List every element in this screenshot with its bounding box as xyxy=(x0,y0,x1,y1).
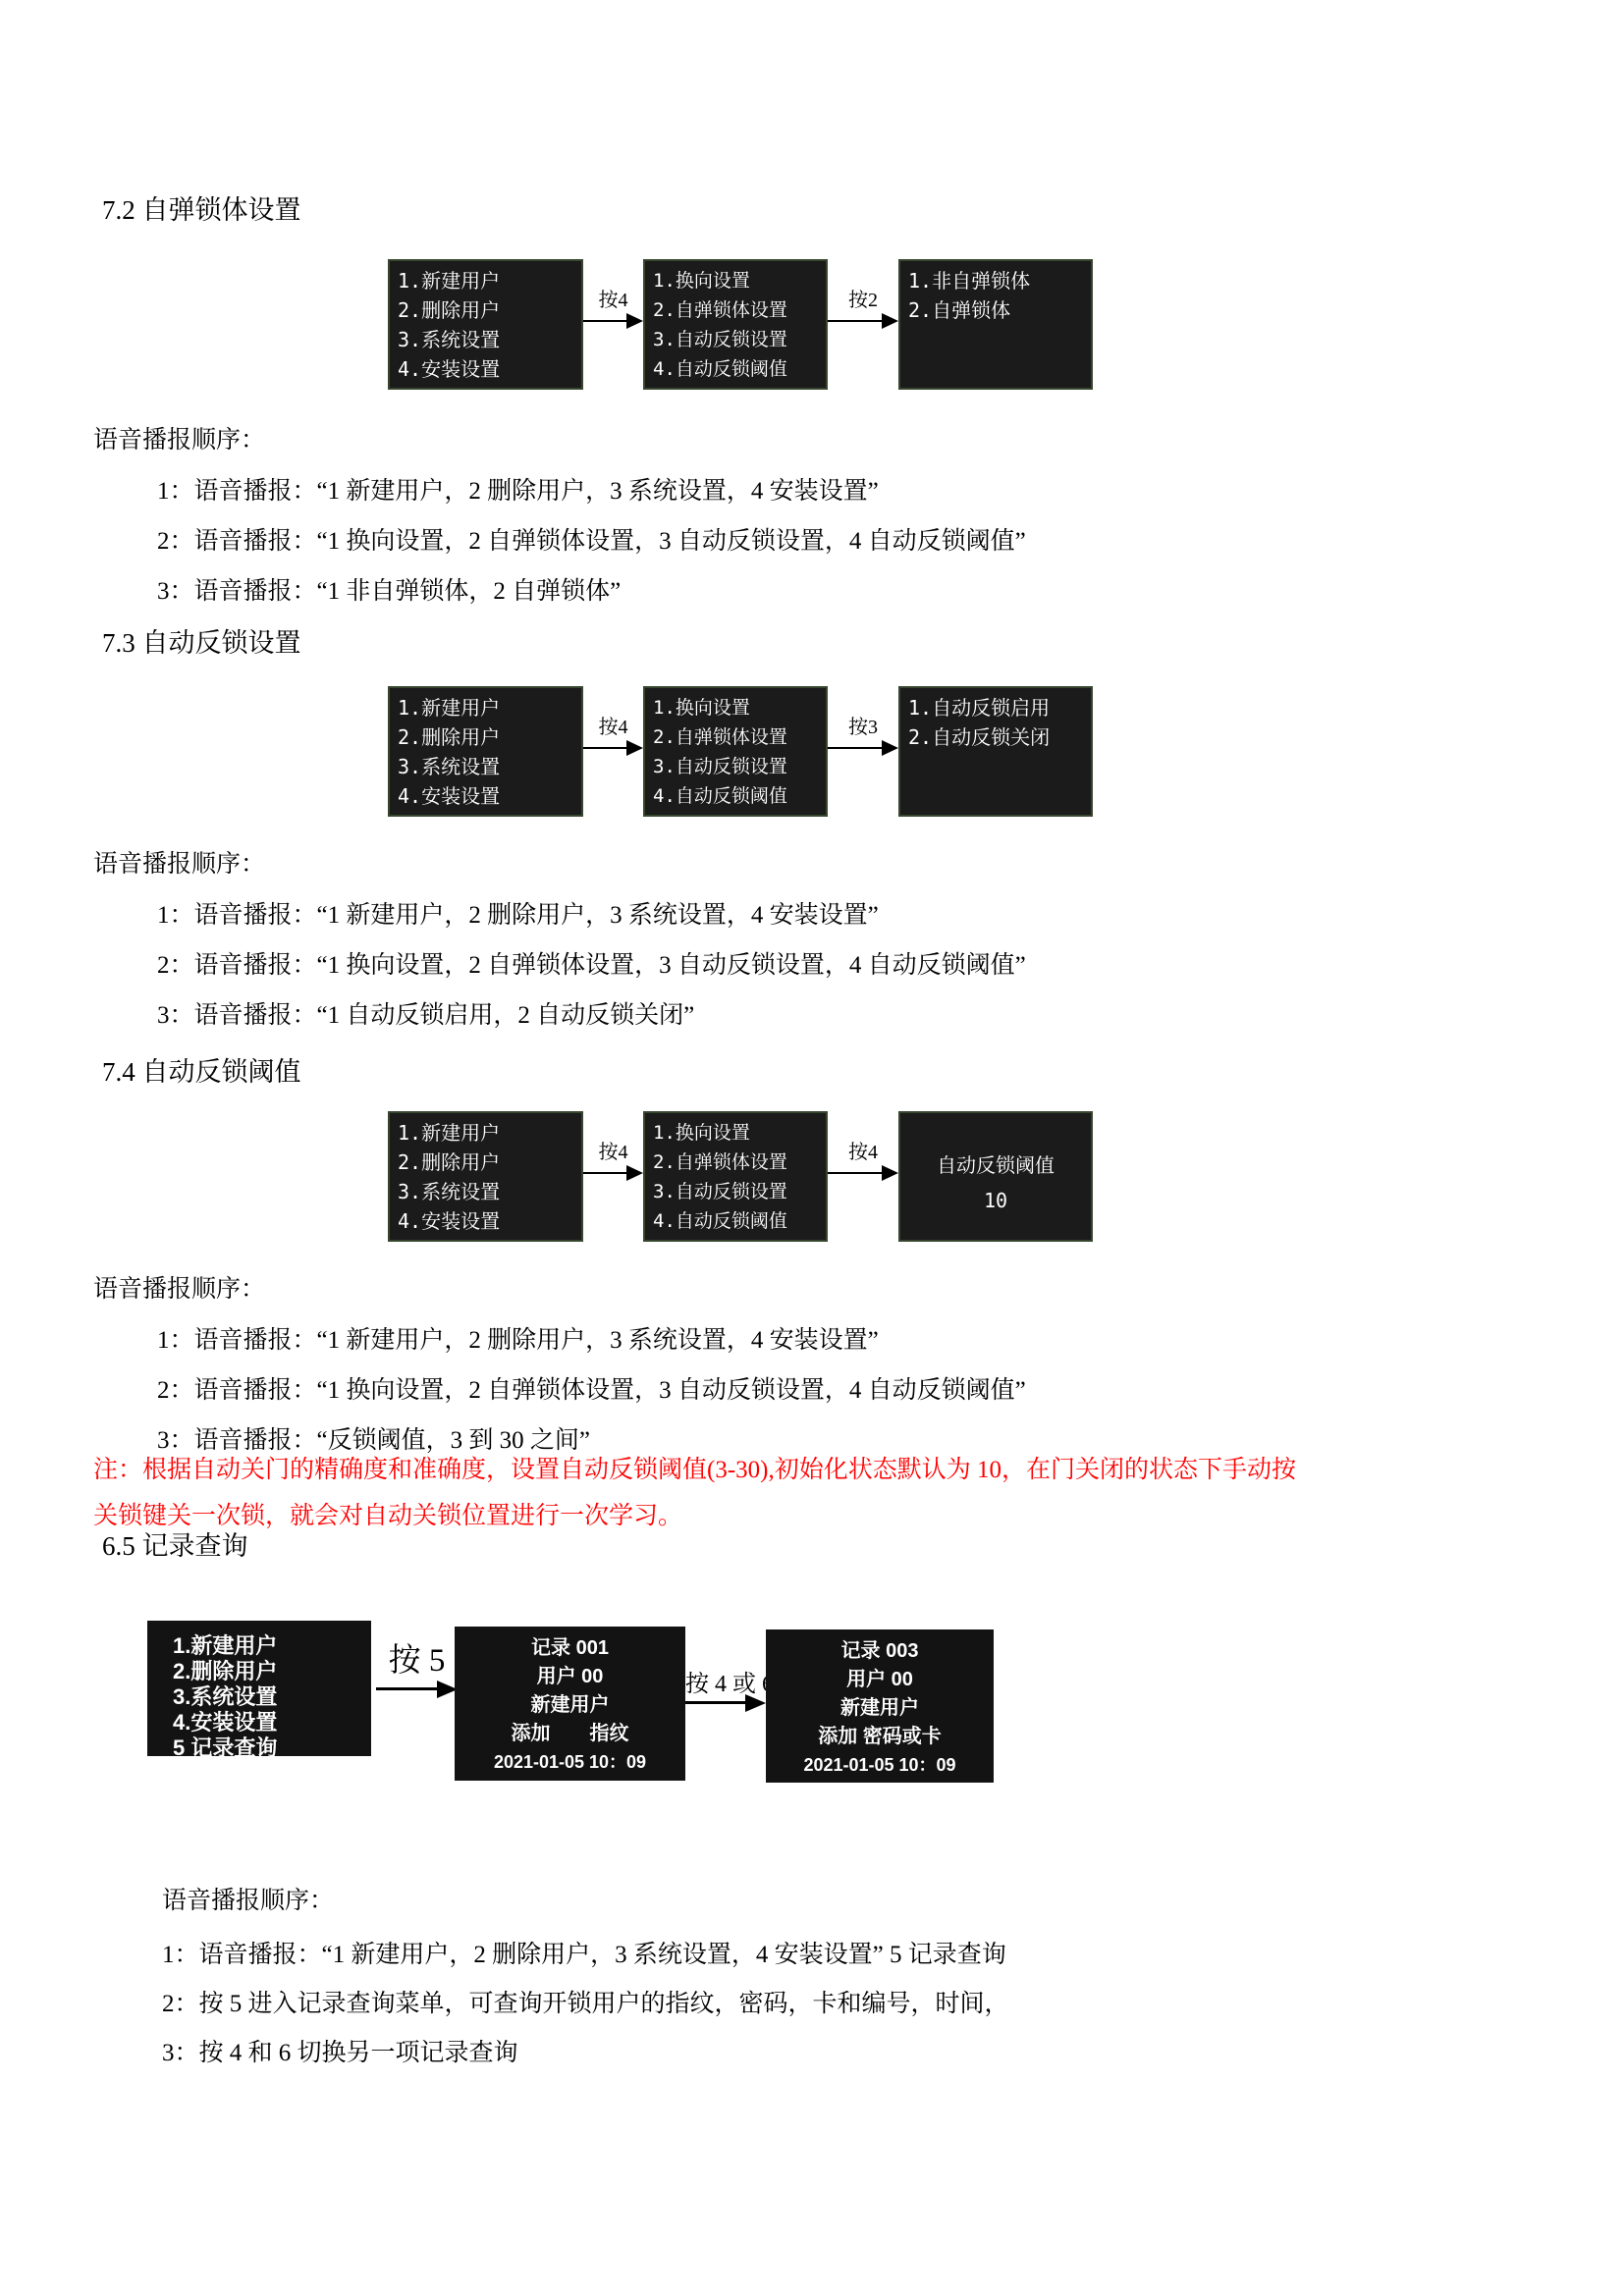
voice-item: 1：语音播报：“1 新建用户，2 删除用户，3 系统设置，4 安装设置” 5 记… xyxy=(162,1935,1006,1970)
arrow-shaft xyxy=(583,1172,629,1174)
voice-heading: 语音播报顺序： xyxy=(93,1269,265,1305)
menu-line: 2.自弹锁体 xyxy=(908,295,1091,325)
manual-page: 7.2 自弹锁体设置 1.新建用户 2.删除用户 3.系统设置 4.安装设置 按… xyxy=(0,0,1624,2296)
menu-line: 3.自动反锁设置 xyxy=(653,1177,826,1206)
arrow-right-icon xyxy=(626,313,643,329)
voice-heading: 语音播报顺序： xyxy=(162,1881,334,1916)
arrow-press-3: 按3 xyxy=(828,740,898,756)
menu-line: 1.新建用户 xyxy=(398,266,581,295)
section-title-6-5: 6.5 记录查询 xyxy=(102,1524,248,1563)
record-line: 用户 00 xyxy=(766,1666,994,1694)
arrow-shaft xyxy=(828,320,885,322)
flow-diagram-7-3: 1.新建用户 2.删除用户 3.系统设置 4.安装设置 按4 1.换向设置 2.… xyxy=(388,686,1097,817)
menu-line: 4.自动反锁阈值 xyxy=(653,1206,826,1236)
arrow-right-icon xyxy=(882,740,898,756)
arrow-right-icon xyxy=(882,313,898,329)
arrow-press-4: 按4 xyxy=(828,1165,898,1181)
arrow-shaft xyxy=(376,1687,440,1690)
threshold-value: 10 xyxy=(900,1186,1091,1215)
voice-heading: 语音播报顺序： xyxy=(93,420,265,455)
voice-item: 3：语音播报：“1 自动反锁启用，2 自动反锁关闭” xyxy=(157,995,694,1031)
flow-diagram-7-4: 1.新建用户 2.删除用户 3.系统设置 4.安装设置 按4 1.换向设置 2.… xyxy=(388,1111,1097,1242)
arrow-label: 按4 xyxy=(583,284,643,312)
menu-line: 3.系统设置 xyxy=(398,752,581,781)
menu-line: 2.删除用户 xyxy=(398,295,581,325)
arrow-press-2: 按2 xyxy=(828,313,898,329)
record-timestamp: 2021-01-05 10：09 xyxy=(766,1751,994,1780)
arrow-press-5: 按 5 xyxy=(376,1681,458,1698)
menu-line: 3.自动反锁设置 xyxy=(653,325,826,354)
menu-line: 2.自弹锁体设置 xyxy=(653,722,826,752)
arrow-press-4: 按4 xyxy=(583,1165,643,1181)
record-line: 用户 00 xyxy=(455,1663,685,1691)
menu-line: 1.换向设置 xyxy=(653,1118,826,1148)
arrow-label: 按3 xyxy=(828,711,898,739)
arrow-press-4: 按4 xyxy=(583,740,643,756)
menu-line: 1.新建用户 xyxy=(173,1633,371,1659)
lcd-screen-main-menu: 1.新建用户 2.删除用户 3.系统设置 4.安装设置 xyxy=(388,259,583,390)
menu-line: 1.新建用户 xyxy=(398,1118,581,1148)
menu-line: 4.安装设置 xyxy=(173,1710,371,1735)
note-line: 注：根据自动关门的精确度和准确度，设置自动反锁阈值(3-30),初始化状态默认为… xyxy=(93,1447,1296,1493)
lcd-screen-bounce-options: 1.非自弹锁体 2.自弹锁体 xyxy=(898,259,1093,390)
menu-line: 3.自动反锁设置 xyxy=(653,752,826,781)
arrow-label: 按2 xyxy=(828,284,898,312)
menu-line: 1.换向设置 xyxy=(653,693,826,722)
arrow-right-icon xyxy=(882,1165,898,1181)
lcd-screen-record-001: 记录 001 用户 00 新建用户 添加 指纹 2021-01-05 10：09 xyxy=(455,1627,685,1781)
record-line: 添加 指纹 xyxy=(455,1720,685,1748)
menu-line: 2.删除用户 xyxy=(173,1659,371,1684)
flow-diagram-7-2: 1.新建用户 2.删除用户 3.系统设置 4.安装设置 按4 1.换向设置 2.… xyxy=(388,259,1097,390)
lcd-screen-main-menu-5: 1.新建用户 2.删除用户 3.系统设置 4.安装设置 5 记录查询 xyxy=(147,1621,371,1756)
section-title-7-3: 7.3 自动反锁设置 xyxy=(102,621,301,660)
voice-item: 1：语音播报：“1 新建用户，2 删除用户，3 系统设置，4 安装设置” xyxy=(157,895,879,931)
threshold-label: 自动反锁阈值 xyxy=(900,1150,1091,1180)
menu-line: 1.非自弹锁体 xyxy=(908,266,1091,295)
arrow-shaft xyxy=(828,747,885,749)
lcd-screen-main-menu: 1.新建用户 2.删除用户 3.系统设置 4.安装设置 xyxy=(388,686,583,817)
voice-item: 3：语音播报：“1 非自弹锁体，2 自弹锁体” xyxy=(157,571,621,607)
record-line: 记录 003 xyxy=(766,1637,994,1666)
section-title-7-4: 7.4 自动反锁阈值 xyxy=(102,1050,301,1089)
flow-diagram-6-5: 1.新建用户 2.删除用户 3.系统设置 4.安装设置 5 记录查询 按 5 记… xyxy=(147,1621,1003,1788)
menu-line: 1.换向设置 xyxy=(653,266,826,295)
record-line: 记录 001 xyxy=(455,1634,685,1663)
menu-line: 2.删除用户 xyxy=(398,1148,581,1177)
menu-line: 2.自弹锁体设置 xyxy=(653,1148,826,1177)
record-line: 新建用户 xyxy=(455,1691,685,1720)
voice-item: 3：按 4 和 6 切换另一项记录查询 xyxy=(162,2033,518,2068)
voice-item: 2：语音播报：“1 换向设置，2 自弹锁体设置，3 自动反锁设置，4 自动反锁阈… xyxy=(157,521,1026,557)
menu-line: 4.安装设置 xyxy=(398,1206,581,1236)
menu-line: 4.自动反锁阈值 xyxy=(653,354,826,384)
menu-line: 5 记录查询 xyxy=(173,1735,371,1761)
menu-line: 4.自动反锁阈值 xyxy=(653,781,826,811)
arrow-label: 按4 xyxy=(583,1136,643,1164)
voice-item: 1：语音播报：“1 新建用户，2 删除用户，3 系统设置，4 安装设置” xyxy=(157,471,879,507)
arrow-label: 按4 xyxy=(828,1136,898,1164)
lcd-screen-install-menu: 1.换向设置 2.自弹锁体设置 3.自动反锁设置 4.自动反锁阈值 xyxy=(643,1111,828,1242)
lcd-screen-record-003: 记录 003 用户 00 新建用户 添加 密码或卡 2021-01-05 10：… xyxy=(766,1629,994,1783)
arrow-shaft xyxy=(583,320,629,322)
menu-line: 3.系统设置 xyxy=(398,325,581,354)
voice-item: 2：按 5 进入记录查询菜单，可查询开锁用户的指纹，密码，卡和编号，时间， xyxy=(162,1984,1009,2019)
arrow-shaft xyxy=(828,1172,885,1174)
menu-line: 4.安装设置 xyxy=(398,354,581,384)
arrow-press-4: 按4 xyxy=(583,313,643,329)
menu-line: 2.自动反锁关闭 xyxy=(908,722,1091,752)
menu-line: 3.系统设置 xyxy=(173,1684,371,1710)
lcd-screen-main-menu: 1.新建用户 2.删除用户 3.系统设置 4.安装设置 xyxy=(388,1111,583,1242)
menu-line: 3.系统设置 xyxy=(398,1177,581,1206)
voice-item: 1：语音播报：“1 新建用户，2 删除用户，3 系统设置，4 安装设置” xyxy=(157,1320,879,1356)
arrow-press-4-or-6: 按 4 或 6 xyxy=(685,1694,766,1712)
lcd-screen-threshold: 自动反锁阈值 10 xyxy=(898,1111,1093,1242)
arrow-right-icon xyxy=(626,1165,643,1181)
arrow-label: 按 5 xyxy=(376,1634,458,1681)
section-title-7-2: 7.2 自弹锁体设置 xyxy=(102,188,301,227)
arrow-shaft xyxy=(583,747,629,749)
arrow-right-icon xyxy=(626,740,643,756)
lcd-screen-install-menu: 1.换向设置 2.自弹锁体设置 3.自动反锁设置 4.自动反锁阈值 xyxy=(643,686,828,817)
voice-heading: 语音播报顺序： xyxy=(93,844,265,880)
menu-line: 1.新建用户 xyxy=(398,693,581,722)
record-timestamp: 2021-01-05 10：09 xyxy=(455,1748,685,1777)
voice-item: 2：语音播报：“1 换向设置，2 自弹锁体设置，3 自动反锁设置，4 自动反锁阈… xyxy=(157,1370,1026,1406)
record-line: 新建用户 xyxy=(766,1694,994,1723)
arrow-label: 按4 xyxy=(583,711,643,739)
lcd-screen-autolock-options: 1.自动反锁启用 2.自动反锁关闭 xyxy=(898,686,1093,817)
menu-line: 4.安装设置 xyxy=(398,781,581,811)
arrow-label: 按 4 或 6 xyxy=(685,1664,766,1698)
menu-line: 2.自弹锁体设置 xyxy=(653,295,826,325)
threshold-note: 注：根据自动关门的精确度和准确度，设置自动反锁阈值(3-30),初始化状态默认为… xyxy=(93,1447,1296,1539)
lcd-screen-install-menu: 1.换向设置 2.自弹锁体设置 3.自动反锁设置 4.自动反锁阈值 xyxy=(643,259,828,390)
menu-line: 1.自动反锁启用 xyxy=(908,693,1091,722)
voice-item: 2：语音播报：“1 换向设置，2 自弹锁体设置，3 自动反锁设置，4 自动反锁阈… xyxy=(157,945,1026,981)
arrow-shaft xyxy=(685,1701,748,1704)
record-line: 添加 密码或卡 xyxy=(766,1723,994,1751)
menu-line: 2.删除用户 xyxy=(398,722,581,752)
note-line: 关锁键关一次锁，就会对自动关锁位置进行一次学习。 xyxy=(93,1493,1296,1539)
arrow-right-icon xyxy=(745,1694,766,1712)
